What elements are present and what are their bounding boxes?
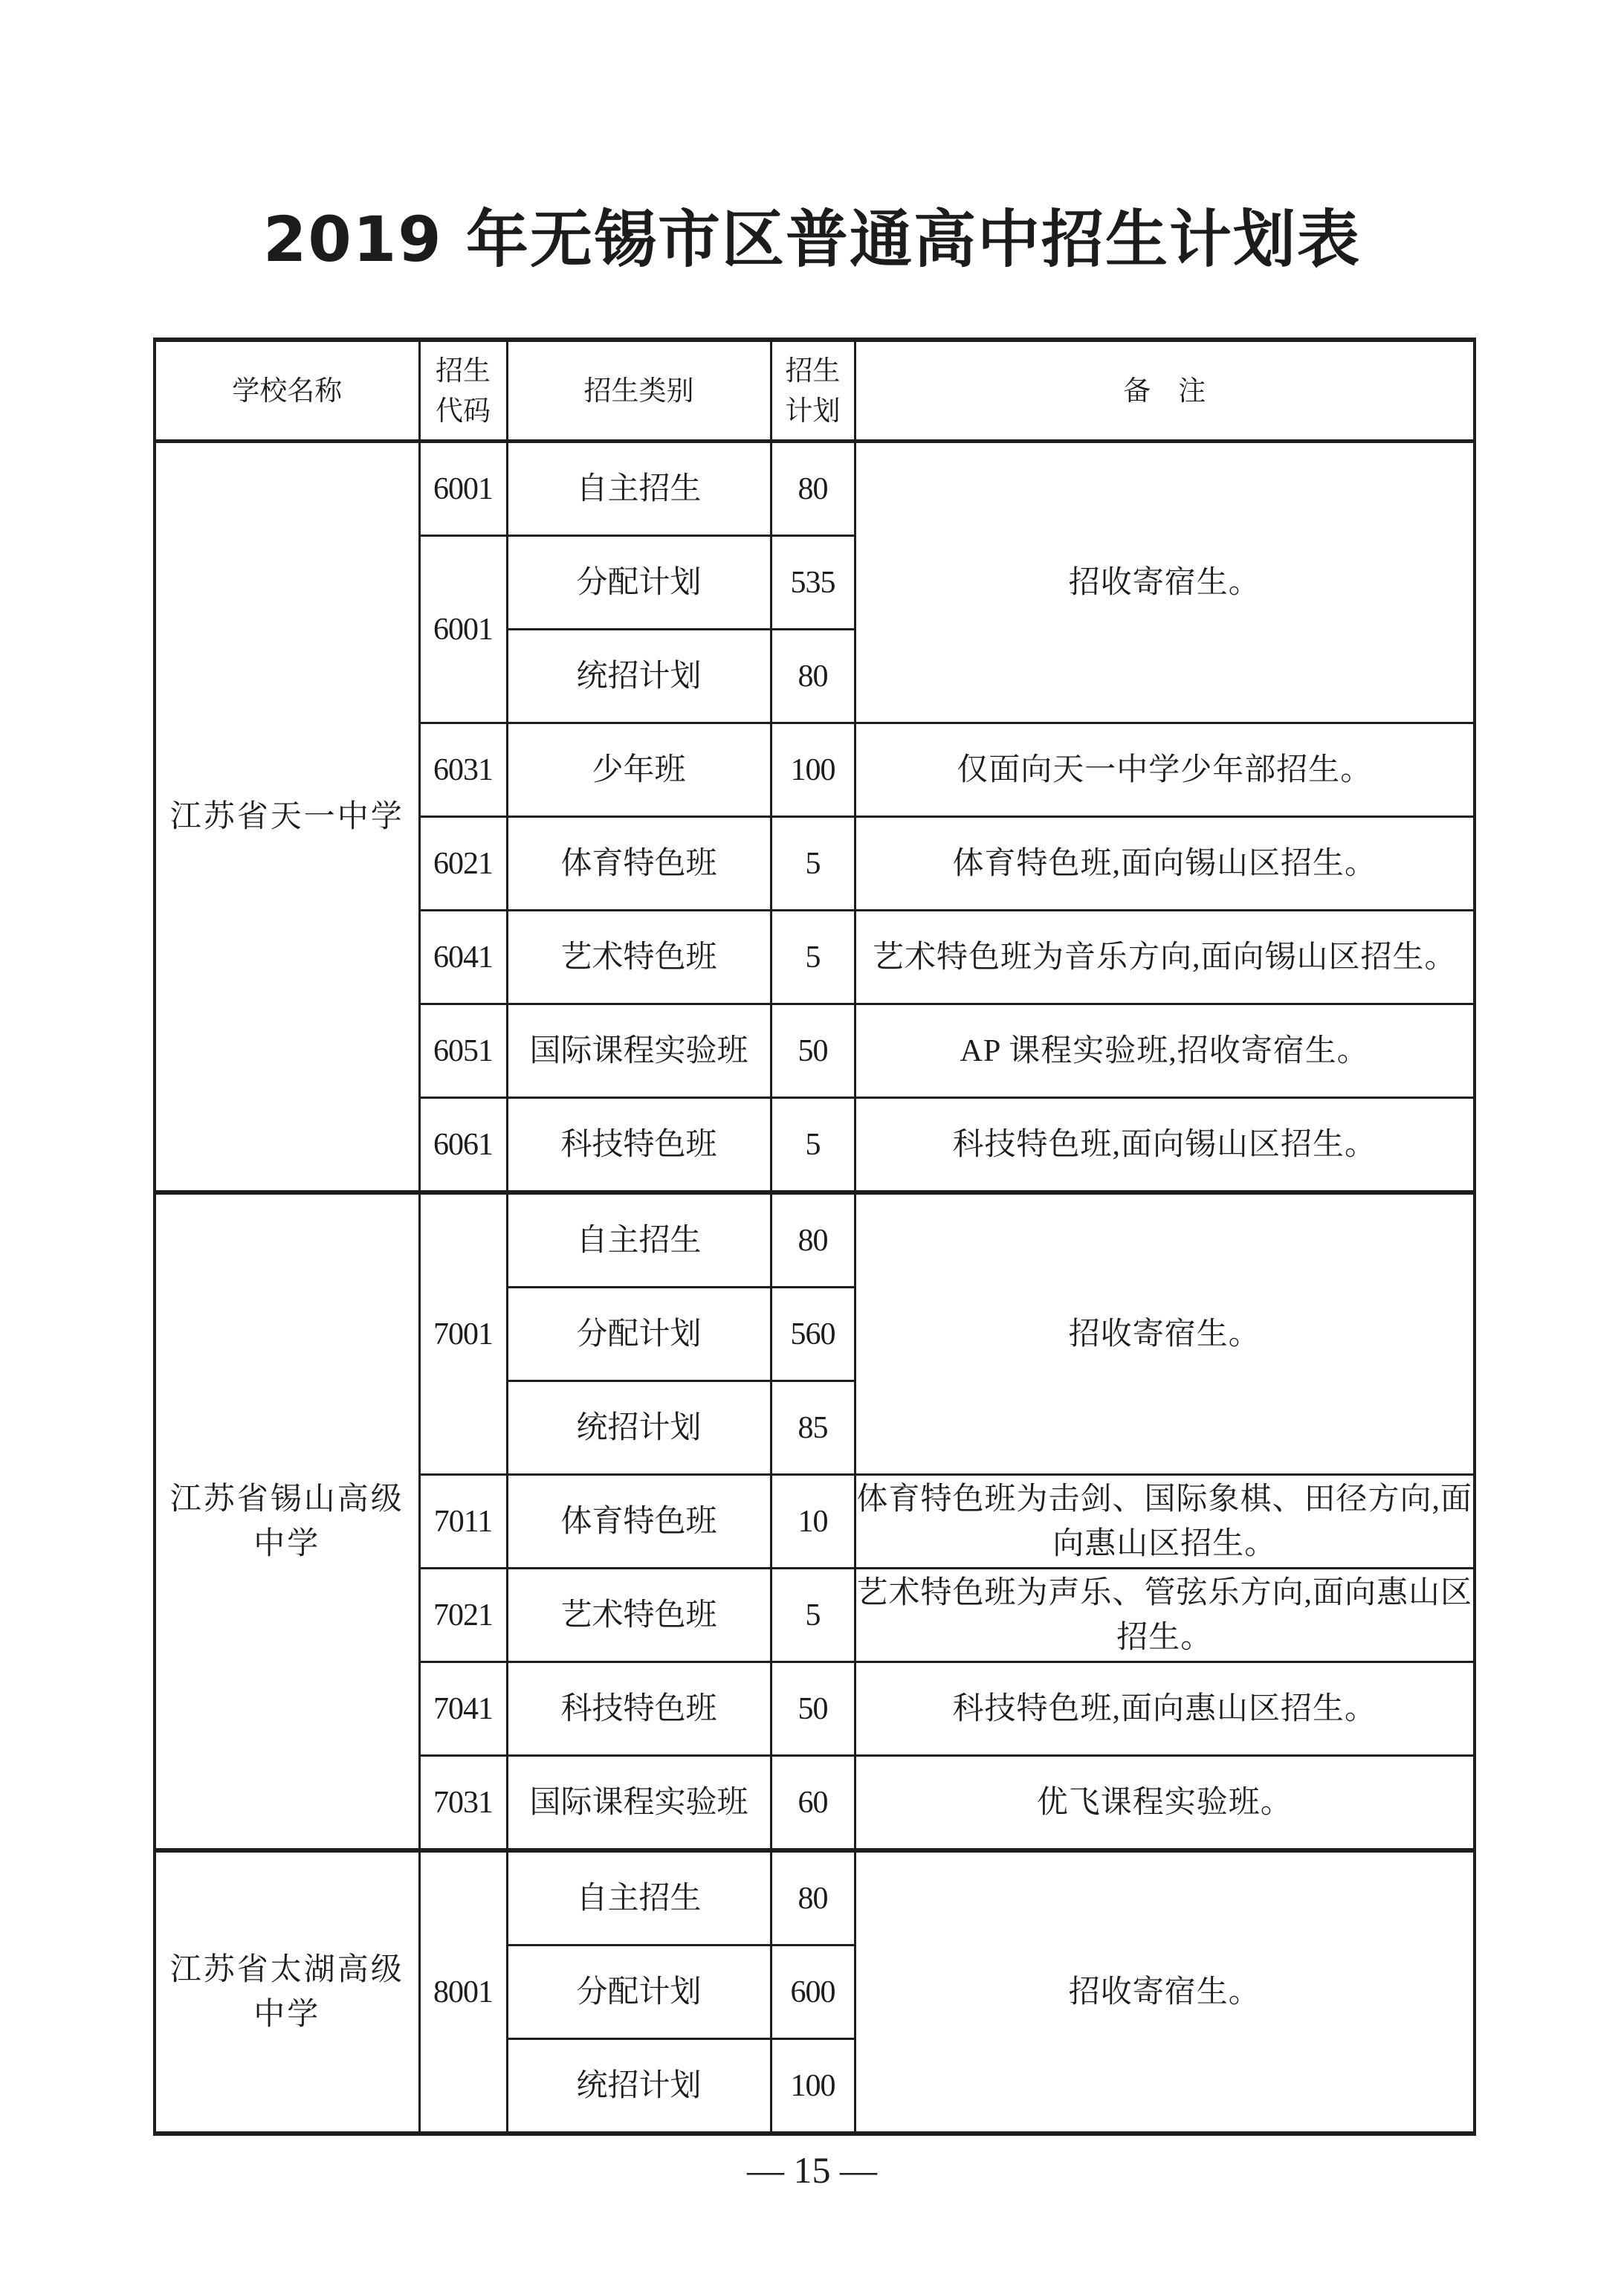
remark-cell: 艺术特色班为音乐方向,面向锡山区招生。	[855, 911, 1475, 1004]
header-remark: 备 注	[855, 340, 1475, 442]
remark-cell: 招收寄宿生。	[855, 442, 1475, 723]
plan-cell: 100	[771, 2039, 855, 2134]
header-enrollment-plan: 招生 计划	[771, 340, 855, 442]
table-row: 江苏省锡山高级中学 7001 自主招生 80 招收寄宿生。	[155, 1192, 1475, 1288]
school-name-cell: 江苏省锡山高级中学	[155, 1192, 419, 1850]
code-cell: 7031	[419, 1756, 507, 1851]
category-cell: 自主招生	[507, 1850, 771, 1945]
category-cell: 统招计划	[507, 630, 771, 723]
plan-cell: 5	[771, 817, 855, 911]
header-code-line1: 招生	[421, 351, 506, 391]
category-cell: 分配计划	[507, 1945, 771, 2039]
plan-cell: 10	[771, 1475, 855, 1569]
category-cell: 统招计划	[507, 1381, 771, 1475]
remark-cell: 艺术特色班为声乐、管弦乐方向,面向惠山区招生。	[855, 1569, 1475, 1662]
remark-cell: 招收寄宿生。	[855, 1850, 1475, 2134]
remark-cell: 体育特色班为击剑、国际象棋、田径方向,面向惠山区招生。	[855, 1475, 1475, 1569]
table-header-row: 学校名称 招生 代码 招生类别 招生 计划 备 注	[155, 340, 1475, 442]
plan-cell: 60	[771, 1756, 855, 1851]
category-cell: 科技特色班	[507, 1662, 771, 1756]
table-row: 江苏省太湖高级中学 8001 自主招生 80 招收寄宿生。	[155, 1850, 1475, 1945]
code-cell: 6031	[419, 723, 507, 817]
table-row: 江苏省天一中学 6001 自主招生 80 招收寄宿生。	[155, 442, 1475, 536]
code-cell: 6041	[419, 911, 507, 1004]
plan-cell: 100	[771, 723, 855, 817]
category-cell: 科技特色班	[507, 1098, 771, 1193]
category-cell: 统招计划	[507, 2039, 771, 2134]
code-cell: 6021	[419, 817, 507, 911]
code-cell: 8001	[419, 1850, 507, 2134]
category-cell: 自主招生	[507, 1192, 771, 1288]
code-cell: 6001	[419, 536, 507, 723]
category-cell: 分配计划	[507, 1288, 771, 1381]
page-title: 2019 年无锡市区普通高中招生计划表	[0, 195, 1624, 284]
remark-cell: 优飞课程实验班。	[855, 1756, 1475, 1851]
plan-cell: 5	[771, 1569, 855, 1662]
plan-cell: 50	[771, 1004, 855, 1098]
header-school-name: 学校名称	[155, 340, 419, 442]
category-cell: 分配计划	[507, 536, 771, 630]
remark-cell: AP 课程实验班,招收寄宿生。	[855, 1004, 1475, 1098]
plan-cell: 80	[771, 630, 855, 723]
plan-cell: 85	[771, 1381, 855, 1475]
remark-cell: 体育特色班,面向锡山区招生。	[855, 817, 1475, 911]
page-number: — 15 —	[0, 2148, 1624, 2192]
plan-cell: 80	[771, 442, 855, 536]
plan-cell: 80	[771, 1192, 855, 1288]
category-cell: 国际课程实验班	[507, 1004, 771, 1098]
category-cell: 艺术特色班	[507, 911, 771, 1004]
header-enrollment-category: 招生类别	[507, 340, 771, 442]
category-cell: 艺术特色班	[507, 1569, 771, 1662]
plan-cell: 600	[771, 1945, 855, 2039]
plan-cell: 535	[771, 536, 855, 630]
code-cell: 7021	[419, 1569, 507, 1662]
remark-cell: 仅面向天一中学少年部招生。	[855, 723, 1475, 817]
category-cell: 自主招生	[507, 442, 771, 536]
code-cell: 6001	[419, 442, 507, 536]
category-cell: 国际课程实验班	[507, 1756, 771, 1851]
remark-cell: 招收寄宿生。	[855, 1192, 1475, 1475]
plan-cell: 80	[771, 1850, 855, 1945]
plan-cell: 5	[771, 911, 855, 1004]
header-enrollment-code: 招生 代码	[419, 340, 507, 442]
remark-cell: 科技特色班,面向惠山区招生。	[855, 1662, 1475, 1756]
category-cell: 体育特色班	[507, 817, 771, 911]
school-name-cell: 江苏省太湖高级中学	[155, 1850, 419, 2134]
category-cell: 少年班	[507, 723, 771, 817]
header-code-line2: 代码	[421, 391, 506, 431]
header-plan-line2: 计划	[772, 391, 854, 431]
code-cell: 6061	[419, 1098, 507, 1193]
category-cell: 体育特色班	[507, 1475, 771, 1569]
code-cell: 7041	[419, 1662, 507, 1756]
school-name-cell: 江苏省天一中学	[155, 442, 419, 1193]
code-cell: 7001	[419, 1192, 507, 1475]
plan-cell: 50	[771, 1662, 855, 1756]
plan-cell: 560	[771, 1288, 855, 1381]
header-plan-line1: 招生	[772, 351, 854, 391]
remark-cell: 科技特色班,面向锡山区招生。	[855, 1098, 1475, 1193]
code-cell: 6051	[419, 1004, 507, 1098]
code-cell: 7011	[419, 1475, 507, 1569]
plan-cell: 5	[771, 1098, 855, 1193]
enrollment-plan-table: 学校名称 招生 代码 招生类别 招生 计划 备 注 江苏省天一中学 6001 自…	[153, 338, 1476, 2136]
